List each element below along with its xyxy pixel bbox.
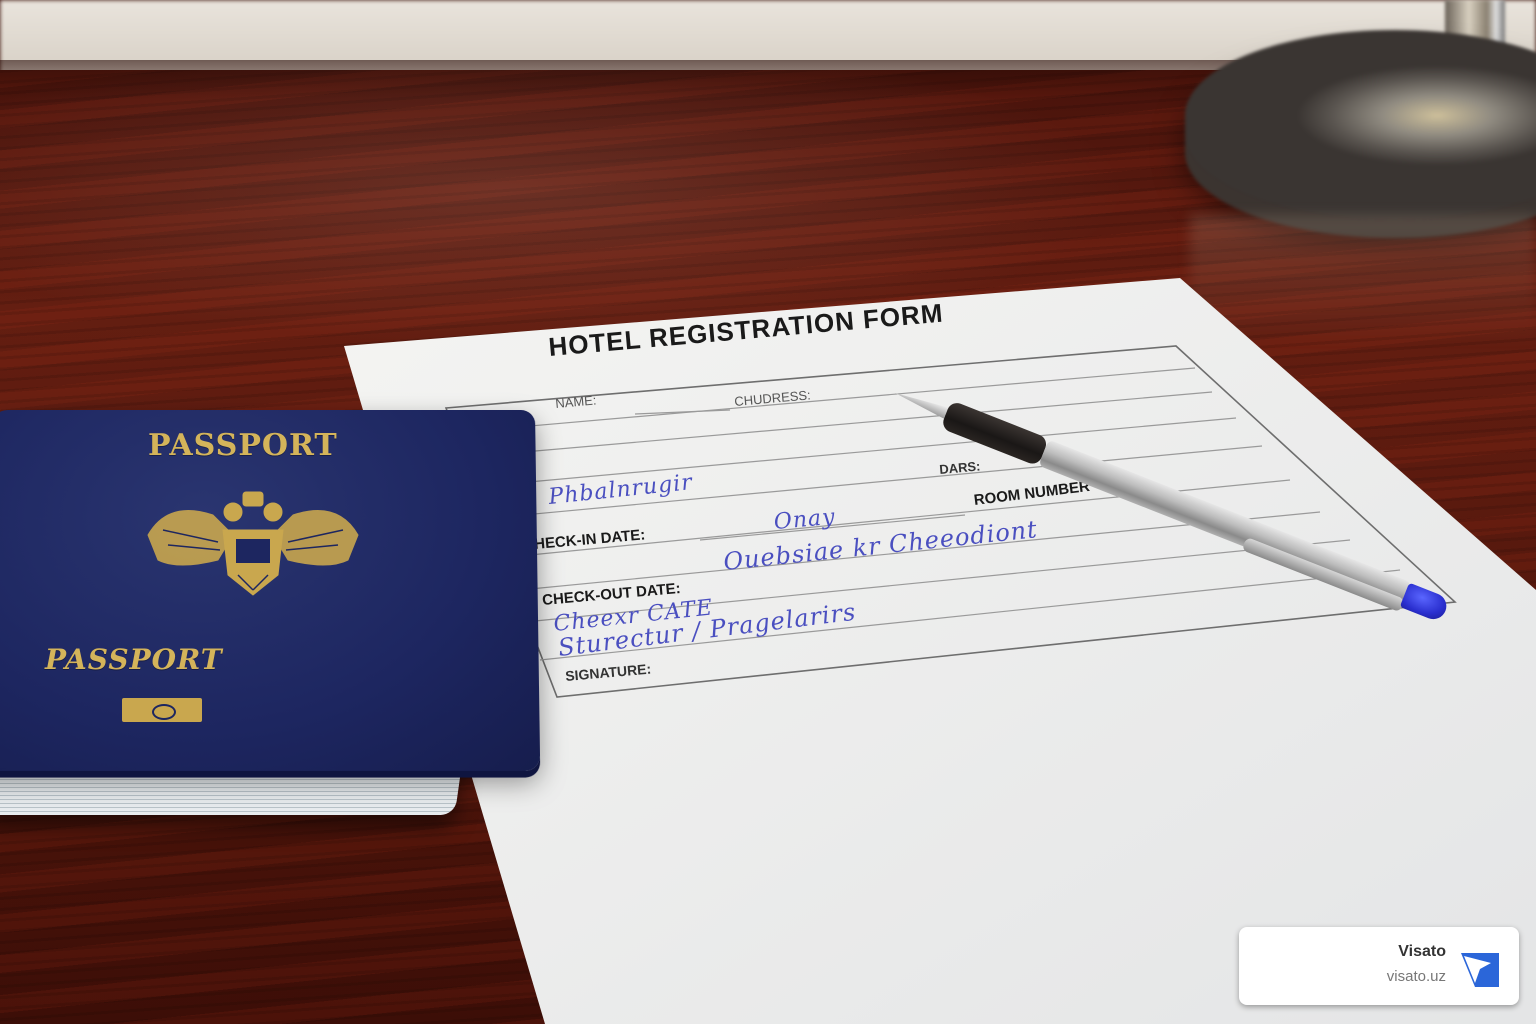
passport-title-top: PASSPORT <box>148 428 338 463</box>
pen-tip <box>893 387 949 418</box>
watermark-badge[interactable]: Visato visato.uz <box>1239 927 1519 1005</box>
brand-url[interactable]: visato.uz <box>1387 968 1446 985</box>
biometric-chip-icon <box>122 698 202 722</box>
visato-logo-icon <box>1461 953 1499 987</box>
coat-of-arms-icon <box>138 490 368 600</box>
handwriting-line-2: Onay <box>773 505 837 535</box>
passport-title-bottom: PASSPORT <box>45 643 223 676</box>
brand-name: Visato <box>1398 943 1446 961</box>
